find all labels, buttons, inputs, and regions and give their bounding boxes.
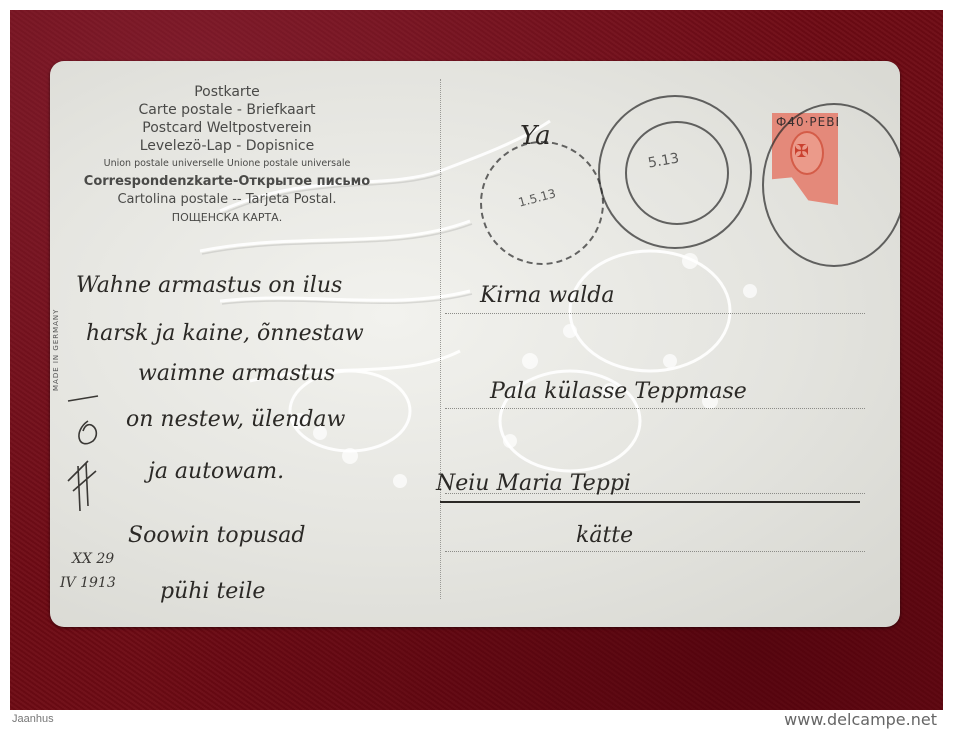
header-line: Cartolina postale -- Tarjeta Postal. (72, 191, 382, 209)
handwritten-monogram-icon (58, 391, 108, 521)
address-line: Pala külasse Teppmase (490, 379, 747, 404)
message-line: on nestew, ülendaw (126, 407, 345, 432)
address-line: Kirna walda (480, 283, 614, 308)
center-divider (440, 79, 441, 599)
message-line: ja autowam. (148, 459, 284, 484)
address-line-rule (445, 313, 865, 314)
seller-name: Jaanhus (12, 713, 54, 725)
message-line: harsk ja kaine, õnnestaw (86, 321, 364, 346)
address-line-rule (445, 551, 865, 552)
address-underline (440, 501, 860, 503)
photo-background: Postkarte Carte postale - Briefkaart Pos… (10, 10, 943, 710)
postmark-inner-ring (625, 121, 729, 225)
postcard-header: Postkarte Carte postale - Briefkaart Pos… (72, 83, 382, 227)
message-line: waimne armastus (138, 361, 335, 386)
header-line: Levelezö-Lap - Dopisnice (72, 137, 382, 155)
header-line: Carte postale - Briefkaart (72, 101, 382, 119)
postmark-stamp-cancel (762, 103, 900, 267)
header-line: Correspondenzkarte-Открытое письмо (72, 173, 382, 191)
message-line: Wahne armastus on ilus (76, 273, 342, 298)
made-in-germany-label: MADE IN GERMANY (52, 309, 60, 391)
date-note: XX 29 (72, 551, 114, 567)
footer-bar: Jaanhus www.delcampe.net (0, 710, 953, 730)
address-line-rule (445, 408, 865, 409)
date-note: IV 1913 (60, 575, 116, 591)
postcard: Postkarte Carte postale - Briefkaart Pos… (50, 61, 900, 627)
header-line: Union postale universelle Unione postale… (72, 155, 382, 173)
address-line: Neiu Maria Teppi (436, 471, 631, 496)
address-line: kätte (576, 523, 633, 548)
message-line: Soowin topusad (128, 523, 305, 548)
message-line: pühi teile (160, 579, 265, 604)
header-line: ПОЩЕНСКА КАРТА. (72, 209, 382, 227)
site-watermark: www.delcampe.net (784, 710, 937, 729)
header-line: Postcard Weltpostverein (72, 119, 382, 137)
header-line: Postkarte (72, 83, 382, 101)
